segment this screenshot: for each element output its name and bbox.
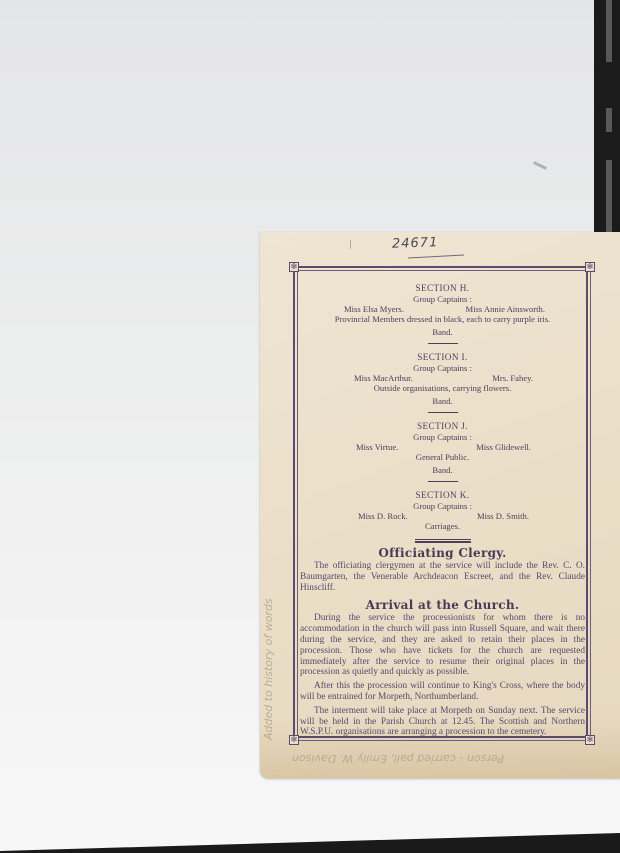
corner-ornament-icon: ✻ bbox=[585, 262, 595, 272]
border-right bbox=[586, 271, 591, 736]
arrival-heading: Arrival at the Church. bbox=[300, 600, 585, 610]
pencil-annotation-bottom: Person - carried pall, Emily W. Davison bbox=[292, 752, 504, 765]
captain-name: Miss MacArthur. bbox=[354, 373, 413, 383]
section-j: SECTION J. Group Captains : Miss Virtue.… bbox=[300, 421, 585, 475]
accession-number: 24671 bbox=[392, 235, 439, 252]
captain-name: Miss Annie Ainsworth. bbox=[466, 304, 546, 314]
section-note: Outside organisations, carrying flowers. bbox=[300, 383, 585, 393]
corner-ornament-icon: ✻ bbox=[289, 262, 299, 272]
arrival-paragraph: During the service the processionists fo… bbox=[300, 613, 585, 678]
captains-label: Group Captains : bbox=[300, 294, 585, 304]
captain-name: Miss Glidewell. bbox=[476, 442, 531, 452]
section-i: SECTION I. Group Captains : Miss MacArth… bbox=[300, 352, 585, 406]
pencil-annotation-side: Added to history of words bbox=[262, 598, 275, 740]
divider bbox=[428, 343, 458, 344]
arrival-paragraph: After this the procession will continue … bbox=[300, 681, 585, 703]
band-label: Band. bbox=[300, 327, 585, 337]
captain-name: Miss D. Smith. bbox=[477, 511, 529, 521]
captains-row: Miss Elsa Myers. Miss Annie Ainsworth. bbox=[300, 304, 585, 314]
captains-label: Group Captains : bbox=[300, 501, 585, 511]
section-note: Carriages. bbox=[300, 521, 585, 531]
corner-ornament-icon: ✻ bbox=[289, 735, 299, 745]
double-divider bbox=[415, 539, 471, 543]
section-title: SECTION J. bbox=[300, 421, 585, 431]
divider bbox=[428, 481, 458, 482]
document-body: SECTION H. Group Captains : Miss Elsa My… bbox=[300, 283, 585, 738]
captain-name: Miss D. Rock. bbox=[358, 511, 408, 521]
pencil-tick bbox=[350, 240, 351, 249]
scanner-edge bbox=[594, 0, 620, 236]
captain-name: Miss Elsa Myers. bbox=[344, 304, 404, 314]
section-note: Provincial Members dressed in black, eac… bbox=[300, 314, 585, 324]
section-title: SECTION K. bbox=[300, 490, 585, 500]
band-label: Band. bbox=[300, 465, 585, 475]
captains-label: Group Captains : bbox=[300, 363, 585, 373]
divider bbox=[428, 412, 458, 413]
section-h: SECTION H. Group Captains : Miss Elsa My… bbox=[300, 283, 585, 337]
section-title: SECTION I. bbox=[300, 352, 585, 362]
captain-name: Miss Virtue. bbox=[356, 442, 398, 452]
clergy-heading: Officiating Clergy. bbox=[300, 548, 585, 558]
captains-row: Miss Virtue. Miss Glidewell. bbox=[300, 442, 585, 452]
border-top bbox=[298, 266, 586, 271]
captains-row: Miss MacArthur. Mrs. Fahey. bbox=[300, 373, 585, 383]
arrival-paragraph: The interment will take place at Morpeth… bbox=[300, 706, 585, 738]
captains-label: Group Captains : bbox=[300, 432, 585, 442]
captains-row: Miss D. Rock. Miss D. Smith. bbox=[300, 511, 585, 521]
scan-mark bbox=[533, 161, 547, 170]
section-note: General Public. bbox=[300, 452, 585, 462]
scanner-bottom-edge bbox=[0, 833, 620, 853]
band-label: Band. bbox=[300, 396, 585, 406]
clergy-paragraph: The officiating clergymen at the service… bbox=[300, 561, 585, 593]
corner-ornament-icon: ✻ bbox=[585, 735, 595, 745]
captain-name: Mrs. Fahey. bbox=[492, 373, 533, 383]
section-title: SECTION H. bbox=[300, 283, 585, 293]
section-k: SECTION K. Group Captains : Miss D. Rock… bbox=[300, 490, 585, 531]
border-left bbox=[293, 271, 298, 736]
